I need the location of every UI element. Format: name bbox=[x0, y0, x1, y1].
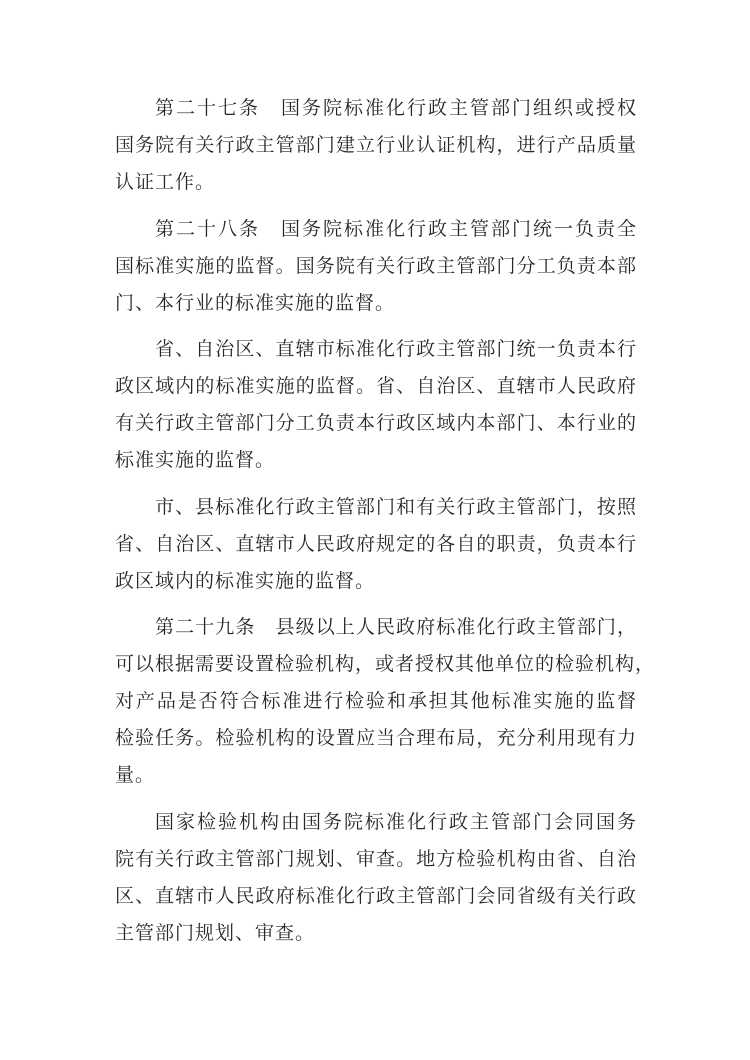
paragraph-article-27: 第二十七条 国务院标准化行政主管部门组织或授权 国务院有关行政主管部门建立行业认… bbox=[115, 90, 675, 201]
text-line: 省、自治区、直辖市标准化行政主管部门统一负责本行 bbox=[115, 331, 637, 368]
text-line: 对产品是否符合标准进行检验和承担其他标准实施的监督 bbox=[115, 683, 637, 720]
text-line: 院有关行政主管部门规划、审查。地方检验机构由省、自治 bbox=[115, 841, 637, 878]
text-line: 标准实施的监督。 bbox=[115, 442, 637, 479]
text-line: 第二十九条 县级以上人民政府标准化行政主管部门， bbox=[115, 609, 637, 646]
text-line: 主管部门规划、审查。 bbox=[115, 915, 637, 952]
text-line: 第二十七条 国务院标准化行政主管部门组织或授权 bbox=[115, 90, 637, 127]
text-line: 有关行政主管部门分工负责本行政区域内本部门、本行业的 bbox=[115, 405, 637, 442]
paragraph-article-28: 第二十八条 国务院标准化行政主管部门统一负责全 国标准实施的监督。国务院有关行政… bbox=[115, 211, 675, 322]
paragraph-article-29-inspection: 国家检验机构由国务院标准化行政主管部门会同国务 院有关行政主管部门规划、审查。地… bbox=[115, 804, 675, 952]
paragraph-article-28-county: 市、县标准化行政主管部门和有关行政主管部门，按照 省、自治区、直辖市人民政府规定… bbox=[115, 489, 675, 600]
paragraph-article-29: 第二十九条 县级以上人民政府标准化行政主管部门， 可以根据需要设置检验机构，或者… bbox=[115, 609, 675, 794]
text-line: 国家检验机构由国务院标准化行政主管部门会同国务 bbox=[115, 804, 637, 841]
document-page: 第二十七条 国务院标准化行政主管部门组织或授权 国务院有关行政主管部门建立行业认… bbox=[0, 0, 750, 1060]
text-line: 区、直辖市人民政府标准化行政主管部门会同省级有关行政 bbox=[115, 878, 637, 915]
text-line: 市、县标准化行政主管部门和有关行政主管部门，按照 bbox=[115, 489, 637, 526]
document-body: 第二十七条 国务院标准化行政主管部门组织或授权 国务院有关行政主管部门建立行业认… bbox=[115, 90, 675, 952]
text-line: 国务院有关行政主管部门建立行业认证机构，进行产品质量 bbox=[115, 127, 637, 164]
text-line: 可以根据需要设置检验机构，或者授权其他单位的检验机构， bbox=[115, 646, 663, 683]
text-line: 政区域内的标准实施的监督。省、自治区、直辖市人民政府 bbox=[115, 368, 637, 405]
text-line: 认证工作。 bbox=[115, 164, 637, 201]
text-line: 第二十八条 国务院标准化行政主管部门统一负责全 bbox=[115, 211, 637, 248]
text-line: 检验任务。检验机构的设置应当合理布局，充分利用现有力 bbox=[115, 720, 637, 757]
text-line: 国标准实施的监督。国务院有关行政主管部门分工负责本部 bbox=[115, 248, 637, 285]
text-line: 门、本行业的标准实施的监督。 bbox=[115, 285, 637, 322]
paragraph-article-28-provincial: 省、自治区、直辖市标准化行政主管部门统一负责本行 政区域内的标准实施的监督。省、… bbox=[115, 331, 675, 479]
text-line: 省、自治区、直辖市人民政府规定的各自的职责，负责本行 bbox=[115, 526, 637, 563]
text-line: 量。 bbox=[115, 757, 637, 794]
text-line: 政区域内的标准实施的监督。 bbox=[115, 563, 637, 600]
